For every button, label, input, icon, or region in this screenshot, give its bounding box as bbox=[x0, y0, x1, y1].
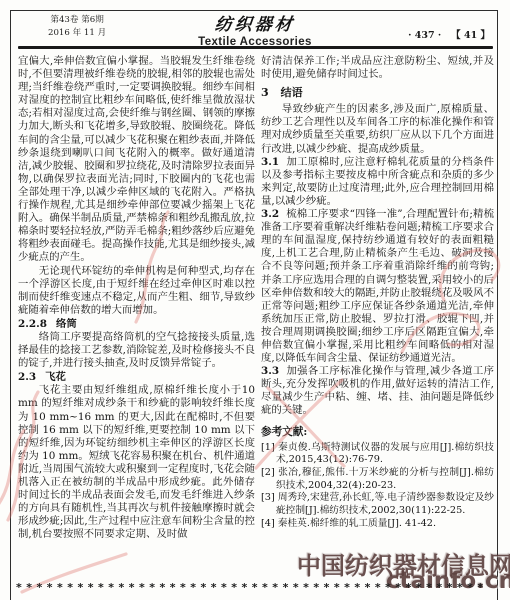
paragraph-fly-waste: 飞花主要由短纤维组成,原棉纤维长度小于10 mm 的短纤维对成纱条干和纱疵的影响… bbox=[18, 384, 255, 541]
journal-masthead: 纺织器材 Textile Accessories bbox=[150, 10, 360, 48]
issue-date-text: 2016 年 11 月 bbox=[48, 27, 106, 40]
right-text-column: 好清洁保养工作;半成品应注意防粉尘、短绒,并及时使用,避免储存时间过长。 3结语… bbox=[261, 55, 494, 531]
volume-issue-text: 第43卷 第6期 bbox=[48, 14, 106, 27]
subsection-text: 加工原棉时,应注意籽棉轧花质量的分档条件以及参考指标主要按皮棉中所含疵点和杂质的… bbox=[261, 156, 494, 207]
article-number: 【 41 】 bbox=[451, 30, 490, 41]
reference-item: [2] 张冶,穆征,熊伟.十万米纱疵的分析与控制[J].棉纺织技术,2004,3… bbox=[261, 467, 494, 492]
section-title: 络筒 bbox=[56, 318, 77, 330]
header-divider-rule bbox=[18, 46, 493, 49]
section-heading-2-3: 2.3飞花 bbox=[18, 371, 255, 384]
subsection-number: 3.2 bbox=[261, 208, 279, 220]
reference-item: [3] 周秀玲,宋建营,孙长虹,等.电子清纱器参数设定及纱疵控制[J].棉纺织技… bbox=[261, 492, 494, 517]
paragraph-3-2: 3.2梳棉工序要求“四锋一准”,合理配置针布;精梳准备工序要着重解决纤维粘卷问题… bbox=[261, 208, 494, 365]
paragraph-spinning-continued: 宜偏大,牵伸倍数宜偏小掌握。当胶辊发生纤维卷绕时,不但要清理被纤维卷绕的胶辊,相… bbox=[18, 55, 255, 265]
reference-item: [1] 秦贞俊.乌斯特测试仪器的发展与应用[J].棉纺织技术,2015,43(1… bbox=[261, 442, 494, 467]
scanned-journal-page: { "header": { "volume_issue": "第43卷 第6期"… bbox=[0, 0, 510, 600]
section-number: 2.3 bbox=[18, 371, 36, 383]
reference-item: [4] 秦桂英.棉纤维的轧工质量[J]. 41-42. bbox=[261, 518, 494, 531]
subsection-number: 3.1 bbox=[261, 156, 279, 168]
paragraph-conclusion-intro: 导致纱疵产生的因素多,涉及面广,原棉质量、纺纱工艺合理性以及车间各工序的标准化操… bbox=[261, 103, 494, 155]
paragraph-drafting-mechanism: 无论现代环锭纺的牵伸机构是何种型式,均存在一个浮游区长度,由于短纤维在经过牵伸区… bbox=[18, 265, 255, 317]
section-number: 3 bbox=[261, 86, 269, 99]
paragraph-winding: 络筒工序要提高络筒机的空气捻接接头质量,选择最佳的捻接工艺参数,消除锭差,及时检… bbox=[18, 331, 255, 370]
references-heading: 参考文献: bbox=[261, 426, 494, 439]
section-heading-2-2-8: 2.2.8络筒 bbox=[18, 318, 255, 331]
paragraph-3-1: 3.1加工原棉时,应注意籽棉轧花质量的分档条件以及参考指标主要按皮棉中所含疵点和… bbox=[261, 156, 494, 208]
subsection-text: 加强各工序标准化操作与管理,减少各道工序断头,充分发挥吹吸机的作用,做好运转的清… bbox=[261, 365, 494, 416]
page-number: · 437 · bbox=[408, 30, 441, 41]
section-number: 2.2.8 bbox=[18, 318, 47, 330]
section-title: 结语 bbox=[281, 86, 303, 99]
references-list: [1] 秦贞俊.乌斯特测试仪器的发展与应用[J].棉纺织技术,2015,43(1… bbox=[261, 442, 494, 531]
page-number-block: · 437 · 【 41 】 bbox=[408, 27, 490, 41]
section-title: 飞花 bbox=[45, 371, 66, 383]
journal-logo-chinese: 纺织器材 bbox=[214, 10, 297, 35]
subsection-number: 3.3 bbox=[261, 365, 279, 377]
page-border-left bbox=[10, 10, 11, 600]
paragraph-maintenance-continued: 好清洁保养工作;半成品应注意防粉尘、短绒,并及时使用,避免储存时间过长。 bbox=[261, 55, 494, 81]
footer-asterisk-divider: ****************************************… bbox=[16, 581, 498, 595]
left-text-column: 宜偏大,牵伸倍数宜偏小掌握。当胶辊发生纤维卷绕时,不但要清理被纤维卷绕的胶辊,相… bbox=[18, 55, 255, 541]
page-border-right bbox=[497, 10, 498, 600]
journal-volume-issue: 第43卷 第6期 2016 年 11 月 bbox=[48, 14, 106, 39]
subsection-text: 梳棉工序要求“四锋一准”,合理配置针布;精梳准备工序要着重解决纤维粘卷问题;精梳… bbox=[261, 208, 494, 364]
section-heading-conclusion: 3结语 bbox=[261, 86, 494, 99]
paragraph-3-3: 3.3加强各工序标准化操作与管理,减少各道工序断头,充分发挥吹吸机的作用,做好运… bbox=[261, 365, 494, 417]
